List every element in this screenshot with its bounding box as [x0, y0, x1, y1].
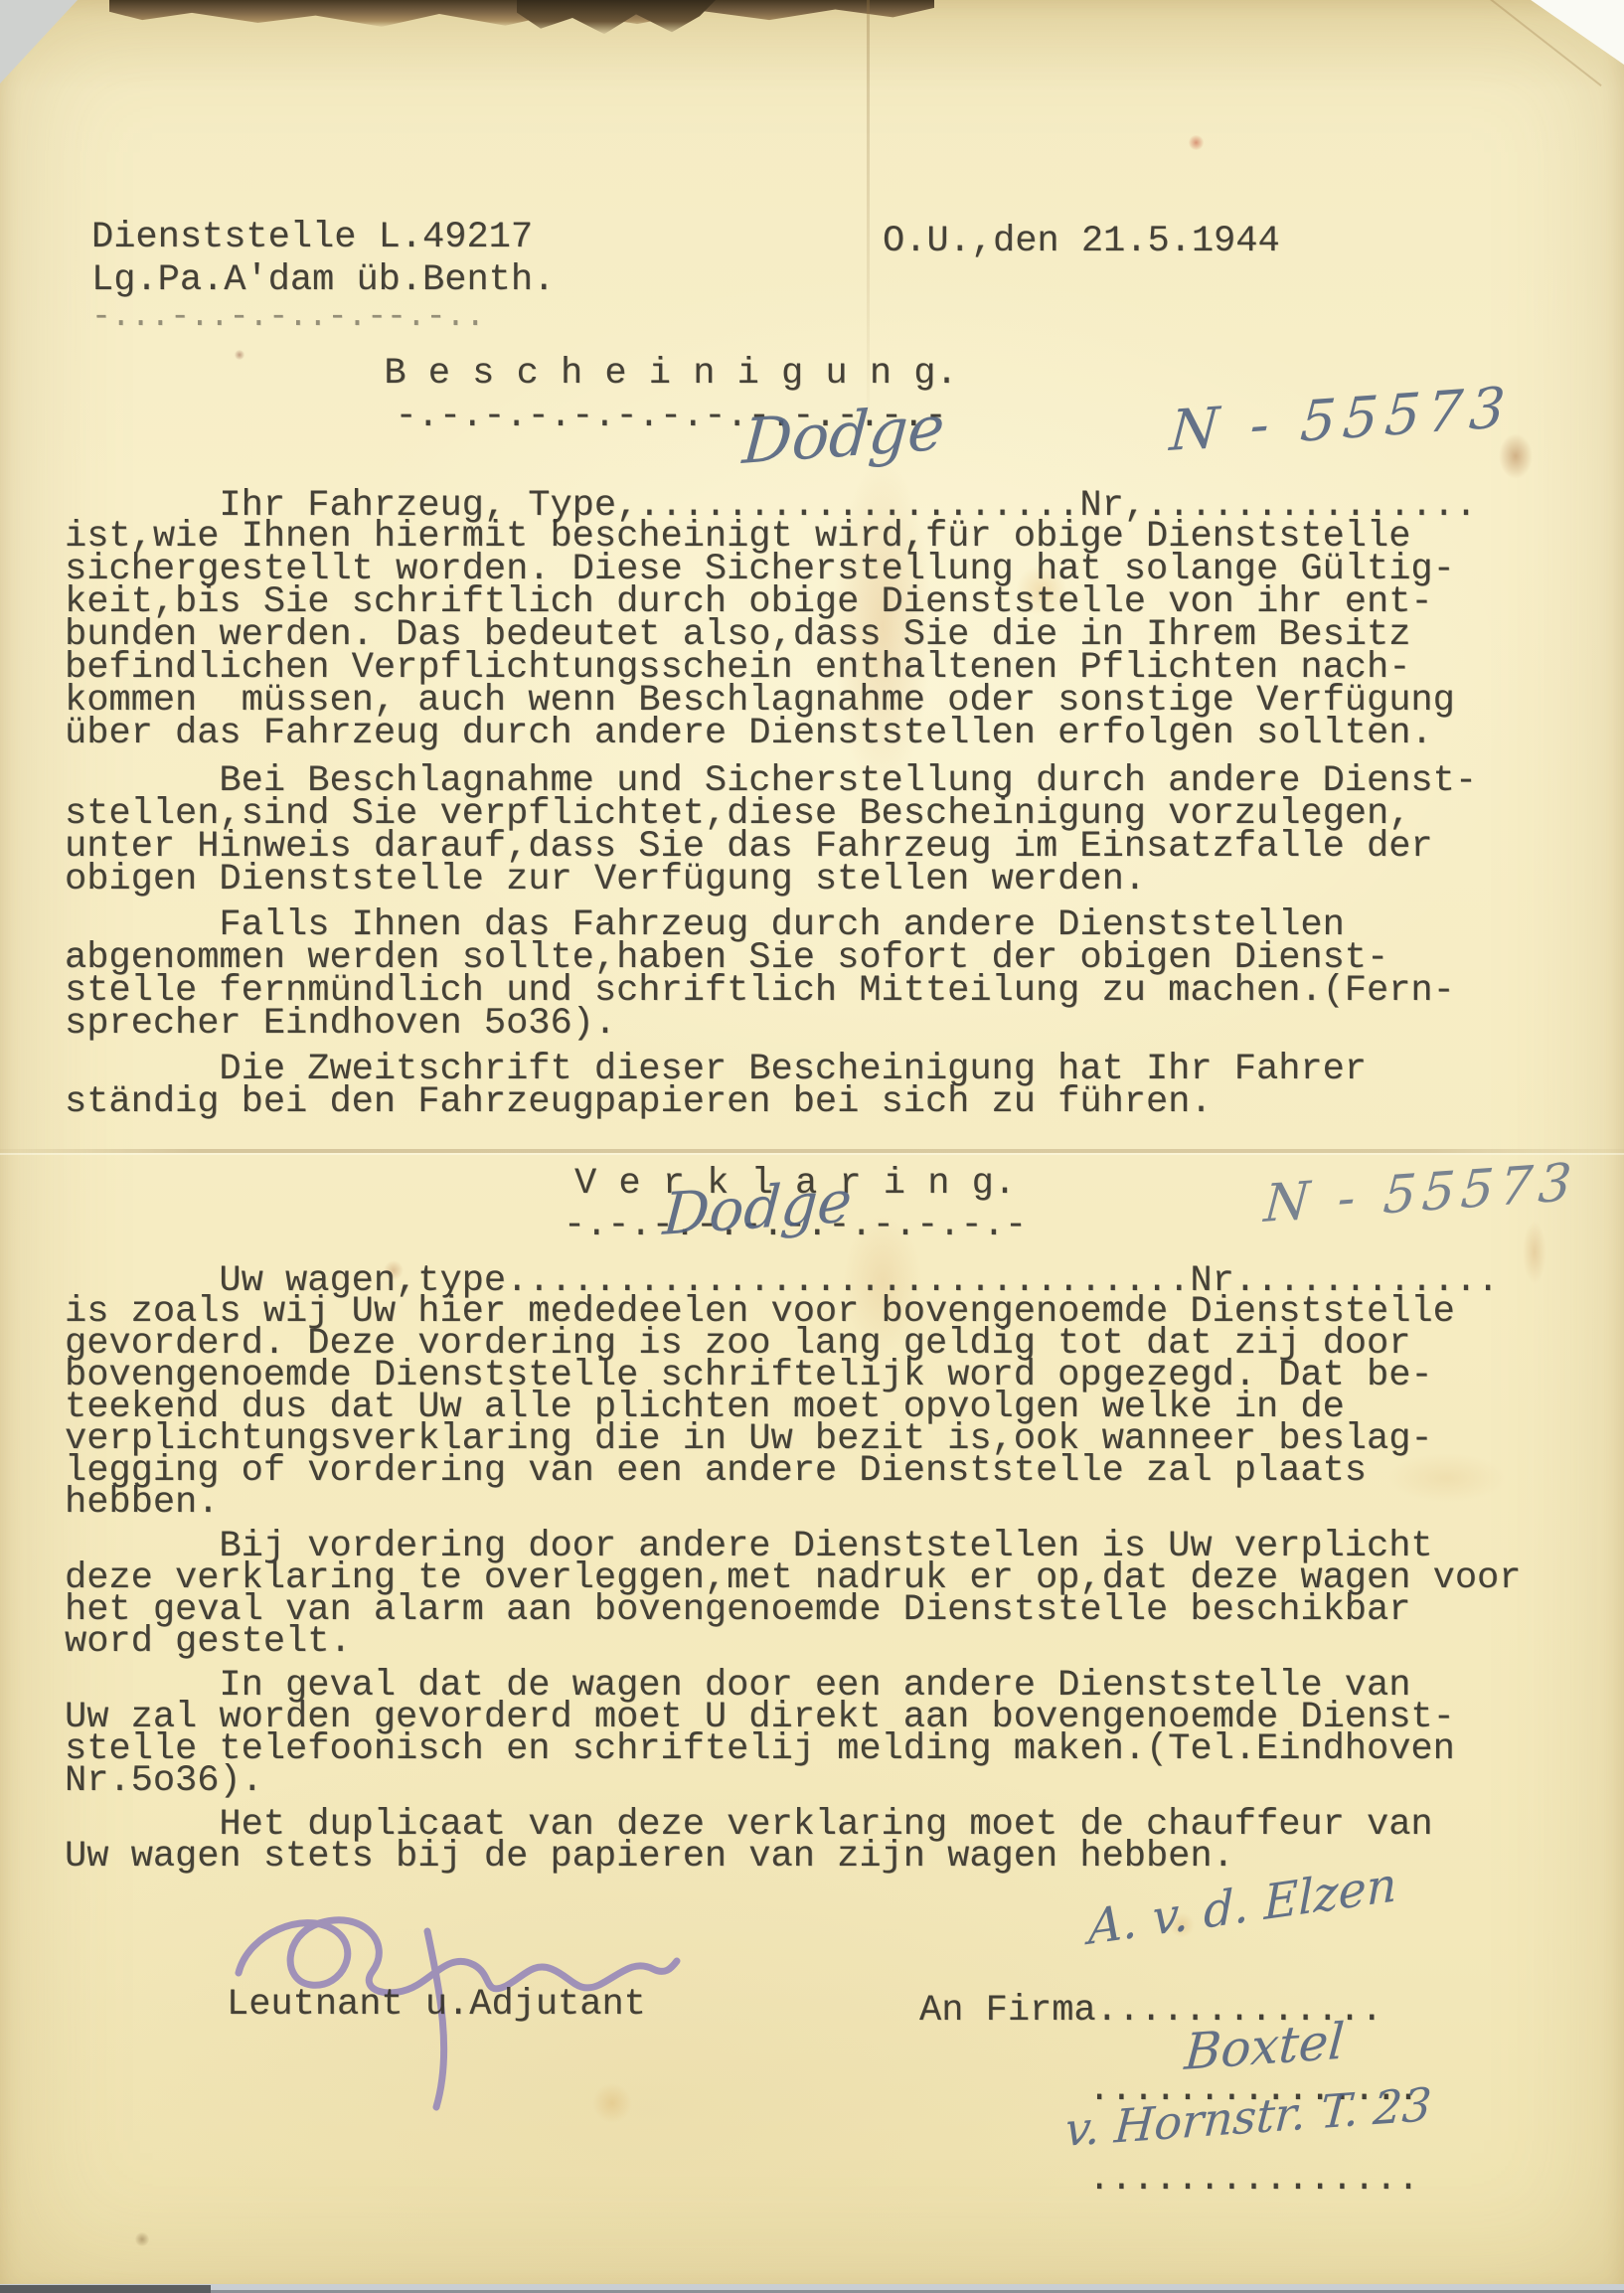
scanner-corner-top-left — [0, 0, 78, 83]
stain — [1523, 1221, 1546, 1284]
german-paragraph-2: Bei Beschlagnahme und Sicherstellung dur… — [65, 765, 1477, 897]
german-paragraph-1: ist,wie Ihnen hiermit bescheinigt wird,f… — [65, 521, 1455, 750]
dutch-paragraph-4: Het duplicaat van deze verklaring moet d… — [65, 1809, 1433, 1873]
german-paragraph-3: Falls Ihnen das Fahrzeug durch andere Di… — [65, 909, 1455, 1041]
torn-top-edge-debris — [517, 0, 716, 36]
dutch-paragraph-1: is zoals wij Uw hier mededeelen voor bov… — [65, 1296, 1455, 1519]
horizontal-fold-crease — [0, 1149, 1624, 1153]
stain — [1189, 135, 1204, 150]
dutch-paragraph-2: Bij vordering door andere Dienststellen … — [65, 1531, 1521, 1658]
office-underline: -...-..-.-..-.--.-.. — [91, 298, 485, 335]
office-line-1: Dienststelle L.49217 — [91, 217, 533, 259]
scanner-strip-bottom-dark — [0, 2285, 211, 2293]
document-page: Dienststelle L.49217 Lg.Pa.A'dam üb.Bent… — [0, 0, 1624, 2293]
stain — [135, 2232, 149, 2246]
vehicle-type-handwritten-german: Dodge — [740, 391, 947, 478]
german-heading-rule: -.-.-.-.-.-.-.-.-.-.-.-.- — [65, 396, 1277, 437]
dutch-paragraph-3: In geval dat de wagen door een andere Di… — [65, 1670, 1455, 1797]
firm-dots-row-3: ............... — [1088, 2159, 1419, 2201]
signature-role-label: Leutnant u.Adjutant — [227, 1984, 646, 2026]
german-paragraph-4: Die Zweitschrift dieser Bescheinigung ha… — [65, 1054, 1367, 1119]
german-heading: B e s c h e i n i g u n g. — [65, 353, 1277, 395]
vehicle-type-handwritten-dutch: Dodge — [661, 1167, 854, 1248]
office-line-2: Lg.Pa.A'dam üb.Benth. — [91, 259, 555, 302]
date-line: O.U.,den 21.5.1944 — [883, 221, 1280, 262]
